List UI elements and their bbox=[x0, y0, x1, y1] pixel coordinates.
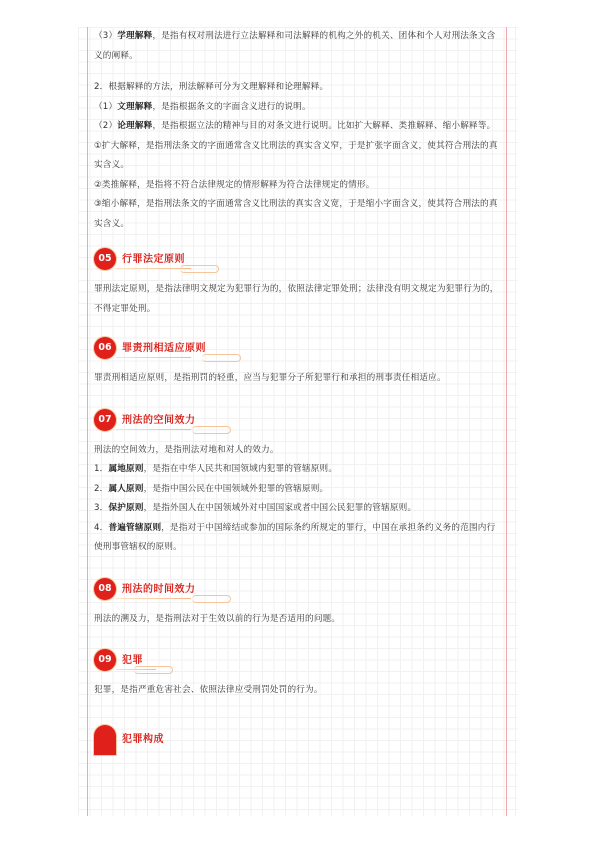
section-heading-07: 07 刑法的空间效力 bbox=[94, 409, 500, 435]
document-page: （3）学理解释，是指有权对刑法进行立法解释和司法解释的机构之外的机关、团体和个人… bbox=[78, 27, 518, 816]
section-number-badge: 08 bbox=[94, 578, 116, 600]
paragraph: 罪责刑相适应原则，是指刑罚的轻重，应当与犯罪分子所犯罪行和承担的刑事责任相适应。 bbox=[94, 369, 500, 389]
section-title: 刑法的时间效力 bbox=[122, 580, 196, 595]
paragraph: ①扩大解释，是指刑法条文的字面通常含义比刑法的真实含义窄，于是扩张字面含义，使其… bbox=[94, 137, 500, 176]
list-item: 3．保护原则，是指外国人在中国领域外对中国国家或者中国公民犯罪的管辖原则。 bbox=[94, 499, 500, 519]
paragraph: ②类推解释，是指将不符合法律规定的情形解释为符合法律规定的情形。 bbox=[94, 176, 500, 196]
paragraph: （3）学理解释，是指有权对刑法进行立法解释和司法解释的机构之外的机关、团体和个人… bbox=[94, 27, 500, 66]
section-number-badge bbox=[94, 725, 116, 755]
page-content: （3）学理解释，是指有权对刑法进行立法解释和司法解释的机构之外的机关、团体和个人… bbox=[94, 27, 500, 757]
paragraph: 罪刑法定原则，是指法律明文规定为犯罪行为的，依照法律定罪处刑；法律没有明文规定为… bbox=[94, 280, 500, 319]
paragraph: ③缩小解释，是指刑法条文的字面通常含义比刑法的真实含义宽，于是缩小字面含义，使其… bbox=[94, 195, 500, 234]
paragraph: 刑法的空间效力，是指刑法对地和对人的效力。 bbox=[94, 441, 500, 461]
decorative-underline bbox=[116, 429, 191, 430]
decorative-underline bbox=[116, 598, 191, 599]
left-margin-rule bbox=[87, 27, 88, 816]
section-number-badge: 07 bbox=[94, 409, 116, 431]
section-title: 行罪法定原则 bbox=[122, 250, 185, 265]
decorative-swoosh-icon bbox=[192, 595, 231, 603]
section-title: 刑法的空间效力 bbox=[122, 411, 196, 426]
section-heading-10: 犯罪构成 bbox=[94, 725, 500, 751]
list-item: 1．属地原则，是指在中华人民共和国领域内犯罪的管辖原则。 bbox=[94, 460, 500, 480]
section-number-badge: 09 bbox=[94, 649, 116, 671]
paragraph: 刑法的溯及力，是指刑法对于生效以前的行为是否适用的问题。 bbox=[94, 610, 500, 630]
decorative-swoosh-icon bbox=[180, 265, 219, 273]
paragraph: 2．根据解释的方法，刑法解释可分为文理解释和论理解释。 bbox=[94, 78, 500, 98]
section-title: 犯罪 bbox=[122, 651, 143, 666]
section-title: 犯罪构成 bbox=[122, 730, 164, 745]
decorative-swoosh-icon bbox=[192, 426, 231, 434]
section-number-badge: 05 bbox=[94, 248, 116, 270]
paragraph: 犯罪，是指严重危害社会、依照法律应受刑罚处罚的行为。 bbox=[94, 681, 500, 701]
section-heading-08: 08 刑法的时间效力 bbox=[94, 578, 500, 604]
list-item: 4．普遍管辖原则，是指对于中国缔结或参加的国际条约所规定的罪行，中国在承担条约义… bbox=[94, 519, 500, 558]
list-item: 2．属人原则，是指中国公民在中国领域外犯罪的管辖原则。 bbox=[94, 480, 500, 500]
section-heading-06: 06 罪责刑相适应原则 bbox=[94, 337, 500, 363]
decorative-swoosh-icon bbox=[202, 354, 241, 362]
section-heading-09: 09 犯罪 bbox=[94, 649, 500, 675]
decorative-swoosh-icon bbox=[134, 666, 173, 674]
right-margin-rule bbox=[506, 27, 507, 816]
paragraph: （1）文理解释，是指根据条文的字面含义进行的说明。 bbox=[94, 98, 500, 118]
section-heading-05: 05 行罪法定原则 bbox=[94, 248, 500, 274]
section-number-badge: 06 bbox=[94, 337, 116, 359]
decorative-underline bbox=[116, 357, 191, 358]
section-title: 罪责刑相适应原则 bbox=[122, 339, 206, 354]
paragraph: （2）论理解释，是指根据立法的精神与目的对条文进行说明。比如扩大解释、类推解释、… bbox=[94, 117, 500, 137]
